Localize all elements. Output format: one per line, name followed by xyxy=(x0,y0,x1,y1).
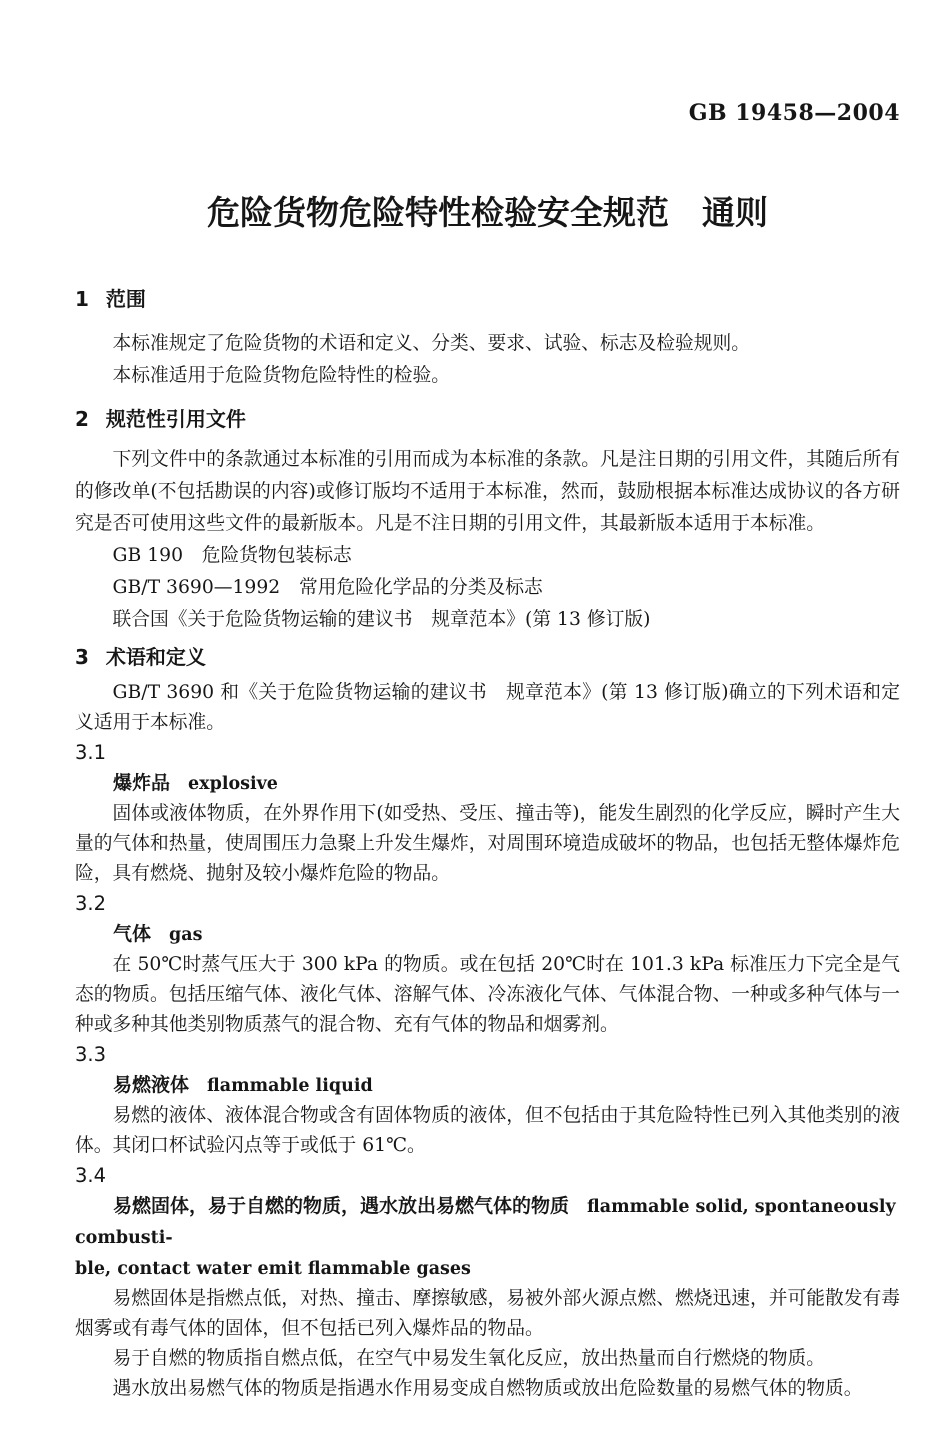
term-title: 爆炸品explosive xyxy=(75,768,900,799)
section-number: 2 xyxy=(75,406,89,432)
term-en: flammable liquid xyxy=(207,1076,373,1096)
term-definition: 遇水放出易燃气体的物质是指遇水作用易变成自燃物质或放出危险数量的易燃气体的物质。 xyxy=(75,1374,900,1404)
reference-item: 联合国《关于危险货物运输的建议书 规章范本》(第 13 修订版) xyxy=(75,604,900,636)
term-definition: 易燃的液体、液体混合物或含有固体物质的液体，但不包括由于其危险特性已列入其他类别… xyxy=(75,1101,900,1161)
section-heading-text: 规范性引用文件 xyxy=(106,407,246,431)
term-explosive: 3.1 爆炸品explosive 固体或液体物质，在外界作用下(如受热、受压、撞… xyxy=(75,738,900,889)
document-page: GB 19458—2004 危险货物危险特性检验安全规范 通则 1范围 本标准规… xyxy=(0,0,950,1449)
document-title: 危险货物危险特性检验安全规范 通则 xyxy=(75,193,900,233)
terms-intro-paragraph: GB/T 3690 和《关于危险货物运输的建议书 规章范本》(第 13 修订版)… xyxy=(75,678,900,738)
term-flammable-liquid: 3.3 易燃液体flammable liquid 易燃的液体、液体混合物或含有固… xyxy=(75,1040,900,1161)
reference-item: GB 190 危险货物包装标志 xyxy=(75,540,900,572)
normative-references-paragraph: 下列文件中的条款通过本标准的引用而成为本标准的条款。凡是注日期的引用文件，其随后… xyxy=(75,444,900,540)
term-title: 易燃固体，易于自燃的物质，遇水放出易燃气体的物质flammable solid,… xyxy=(75,1191,900,1284)
section-number: 1 xyxy=(75,286,89,312)
section-heading-scope: 1范围 xyxy=(75,286,900,312)
standard-number: GB 19458—2004 xyxy=(75,0,900,125)
term-zh: 易燃液体 xyxy=(113,1074,189,1096)
term-number: 3.2 xyxy=(75,889,900,919)
term-definition: 在 50℃时蒸气压大于 300 kPa 的物质。或在包括 20℃时在 101.3… xyxy=(75,950,900,1040)
section-heading-terms-definitions: 3术语和定义 xyxy=(75,644,900,670)
section-number: 3 xyxy=(75,644,89,670)
term-en: explosive xyxy=(188,774,278,794)
term-gas: 3.2 气体gas 在 50℃时蒸气压大于 300 kPa 的物质。或在包括 2… xyxy=(75,889,900,1040)
term-definition: 易于自燃的物质指自燃点低，在空气中易发生氧化反应，放出热量而自行燃烧的物质。 xyxy=(75,1344,900,1374)
term-number: 3.3 xyxy=(75,1040,900,1070)
term-zh: 气体 xyxy=(113,923,151,945)
scope-paragraph: 本标准规定了危险货物的术语和定义、分类、要求、试验、标志及检验规则。 xyxy=(75,328,900,360)
term-definition: 固体或液体物质，在外界作用下(如受热、受压、撞击等)，能发生剧烈的化学反应，瞬时… xyxy=(75,799,900,889)
reference-item: GB/T 3690—1992 常用危险化学品的分类及标志 xyxy=(75,572,900,604)
term-en-line2: ble, contact water emit flammable gases xyxy=(75,1259,471,1279)
section-heading-normative-references: 2规范性引用文件 xyxy=(75,406,900,432)
term-definition: 易燃固体是指燃点低，对热、撞击、摩擦敏感，易被外部火源点燃、燃烧迅速，并可能散发… xyxy=(75,1284,900,1344)
term-title: 易燃液体flammable liquid xyxy=(75,1070,900,1101)
section-heading-text: 范围 xyxy=(106,287,146,311)
scope-paragraph: 本标准适用于危险货物危险特性的检验。 xyxy=(75,360,900,392)
term-number: 3.1 xyxy=(75,738,900,768)
term-number: 3.4 xyxy=(75,1161,900,1191)
term-title: 气体gas xyxy=(75,919,900,950)
section-heading-text: 术语和定义 xyxy=(106,645,206,669)
term-zh: 易燃固体，易于自燃的物质，遇水放出易燃气体的物质 xyxy=(113,1195,569,1217)
term-en: gas xyxy=(169,925,202,945)
term-zh: 爆炸品 xyxy=(113,772,170,794)
term-flammable-solid: 3.4 易燃固体，易于自燃的物质，遇水放出易燃气体的物质flammable so… xyxy=(75,1161,900,1404)
